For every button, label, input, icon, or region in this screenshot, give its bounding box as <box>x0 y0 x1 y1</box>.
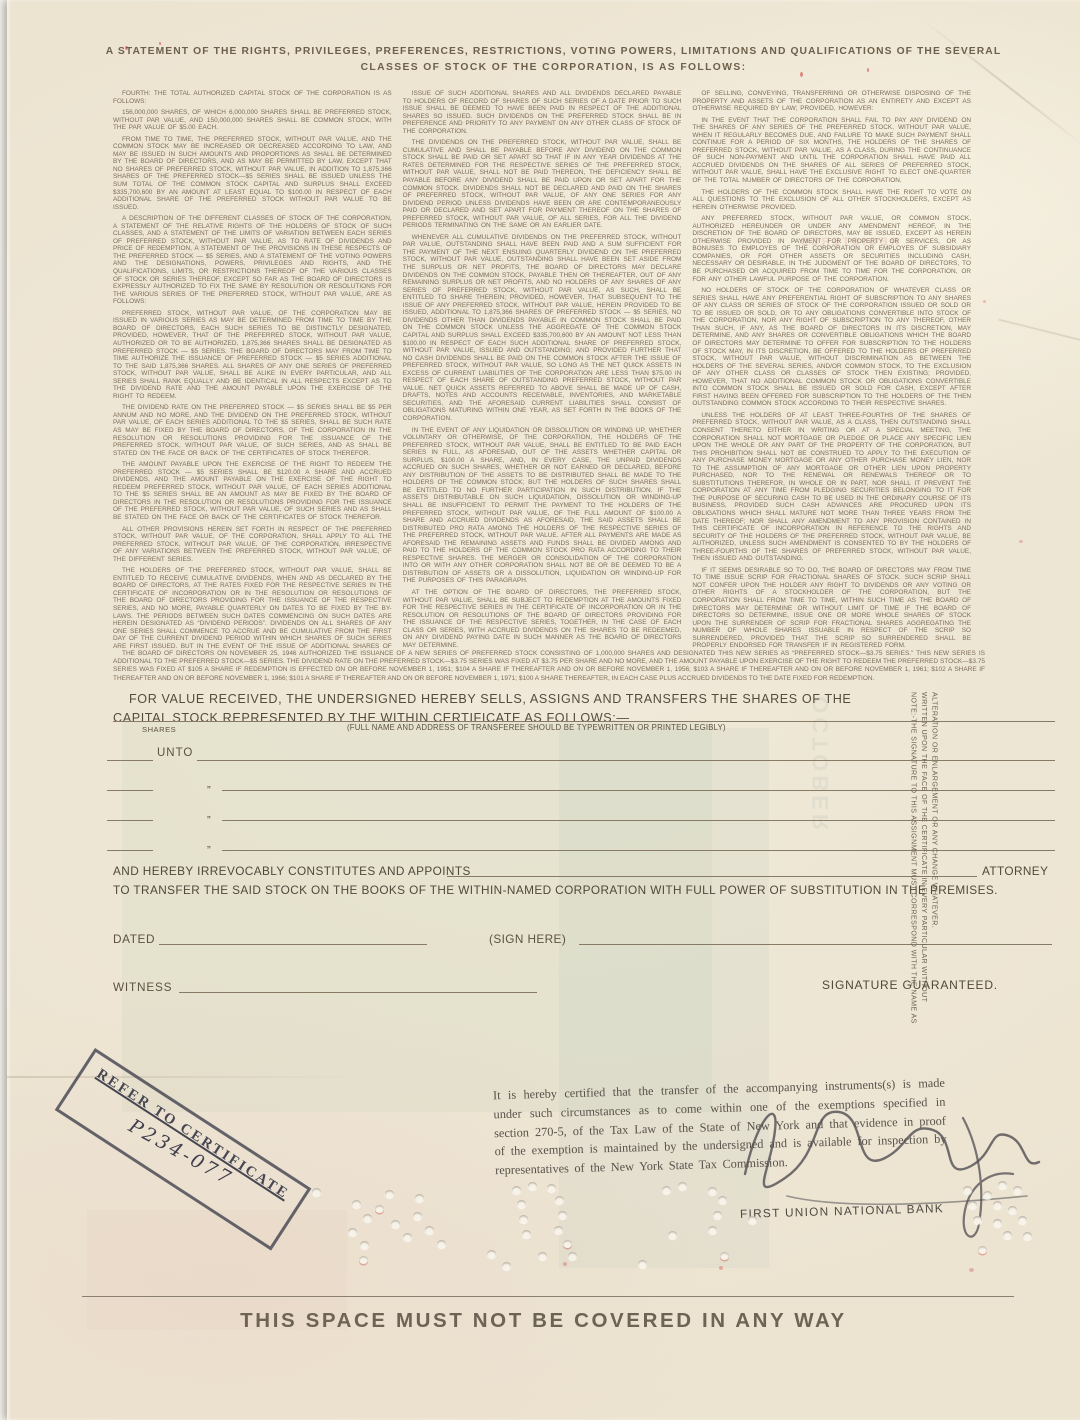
punch-hole <box>662 1186 671 1194</box>
punch-hole <box>425 1226 434 1234</box>
punch-hole <box>708 1226 717 1234</box>
tax-certification-text: It is hereby certified that the transfer… <box>493 1074 947 1181</box>
legal-paragraph: PREFERRED STOCK, WITHOUT PAR VALUE, OF T… <box>113 310 392 401</box>
ditto-mark: „ <box>207 778 211 790</box>
punch-hole <box>638 1260 647 1268</box>
legal-text-columns: FOURTH: THE TOTAL AUTHORIZED CAPITAL STO… <box>113 90 971 648</box>
witness-line <box>179 992 537 993</box>
punch-hole <box>568 1252 577 1260</box>
legal-paragraph: ALL OTHER PROVISIONS HEREIN SET FORTH IN… <box>113 526 392 564</box>
punch-hole <box>1008 1206 1017 1214</box>
legal-paragraph: AT THE OPTION OF THE BOARD OF DIRECTORS,… <box>403 589 682 648</box>
legal-column-3: OF SELLING, CONVEYING, TRANSFERRING OR O… <box>692 90 971 648</box>
ditto-mark: „ <box>207 808 211 820</box>
transferee-note: (FULL NAME AND ADDRESS OF TRANSFEREE SHO… <box>347 723 726 732</box>
punch-hole <box>528 1182 537 1190</box>
punch-hole <box>519 1215 528 1223</box>
refer-to-certificate-stamp: REFER TO CERTIFICATE P234-077 <box>55 1048 312 1251</box>
unto-label: UNTO <box>157 747 193 759</box>
witness-label: WITNESS <box>113 980 172 994</box>
punch-hole <box>1003 1231 1012 1239</box>
transfer-power-text: TO TRANSFER THE SAID STOCK ON THE BOOKS … <box>113 882 1003 899</box>
ink-speck <box>800 72 803 77</box>
signature-correspond-note: NOTE:-THE SIGNATURE TO THIS ASSIGNMENT M… <box>908 692 974 1044</box>
ink-speck <box>563 1262 567 1266</box>
legal-paragraph: THE DIVIDENDS ON THE PREFERRED STOCK, WI… <box>403 139 682 230</box>
punch-hole <box>563 1240 572 1248</box>
punch-hole <box>391 1220 400 1228</box>
punch-hole <box>538 1252 547 1260</box>
stamp-text-inner: REFER TO CERTIFICATE <box>94 1066 292 1202</box>
punch-hole <box>312 1188 321 1196</box>
statement-header-line1: A STATEMENT OF THE RIGHTS, PRIVILEGES, P… <box>67 46 1040 57</box>
punch-hole <box>359 1256 368 1264</box>
legal-paragraph: WHENEVER ALL CUMULATIVE DIVIDENDS ON THE… <box>403 234 682 423</box>
legal-paragraph: FOURTH: THE TOTAL AUTHORIZED CAPITAL STO… <box>113 90 392 105</box>
punch-hole <box>375 1205 384 1213</box>
board-resolution-text: THE BOARD OF DIRECTORS ON NOVEMBER 25, 1… <box>113 650 985 683</box>
punch-hole <box>403 1233 412 1241</box>
punch-hole <box>708 1187 717 1195</box>
punch-hole <box>352 1200 361 1208</box>
bank-signer-name: FIRST UNION NATIONAL BANK <box>740 1201 944 1221</box>
dated-label: DATED <box>113 932 155 946</box>
ink-speck <box>1019 540 1023 543</box>
punch-hole <box>1023 1232 1032 1240</box>
punch-hole <box>748 1216 757 1224</box>
punch-hole <box>720 1252 729 1260</box>
punch-hole <box>998 1181 1007 1189</box>
paper-crease <box>998 319 1080 343</box>
legal-paragraph: THE HOLDERS OF THE PREFERRED STOCK, WITH… <box>113 567 392 648</box>
sign-here-label: (SIGN HERE) <box>489 932 566 946</box>
attorney-name-line <box>447 876 977 877</box>
statement-header-line2: CLASSES OF STOCK OF THE CORPORATION, IS … <box>67 62 1040 73</box>
paper-crease <box>7 1076 367 1078</box>
punch-hole <box>512 1186 521 1194</box>
stamp-text: REFER TO CERTIFICATE <box>82 1059 303 1211</box>
footer-divider <box>82 1296 1014 1297</box>
certificate-back-page: REGISTERED OCTOBER A STATEMENT OF THE RI… <box>7 0 1080 1420</box>
punch-hole <box>968 1201 977 1209</box>
punch-hole <box>502 1262 511 1270</box>
statement-header: A STATEMENT OF THE RIGHTS, PRIVILEGES, P… <box>67 46 1040 73</box>
legal-paragraph: FROM TIME TO TIME, THE PREFERRED STOCK, … <box>113 136 392 211</box>
punch-hole <box>522 1230 531 1238</box>
ink-speck <box>719 1266 723 1270</box>
punch-hole <box>413 1212 422 1220</box>
assignment-heading-line1: FOR VALUE RECEIVED, THE UNDERSIGNED HERE… <box>129 692 929 706</box>
legal-paragraph: NO HOLDERS OF STOCK OF THE CORPORATION O… <box>692 287 971 408</box>
legal-paragraph: 156,000,000 SHARES, OF WHICH 6,000,000 S… <box>113 109 392 132</box>
legal-column-1: FOURTH: THE TOTAL AUTHORIZED CAPITAL STO… <box>113 90 392 648</box>
legal-column-2: ISSUE OF SUCH ADDITIONAL SHARES AND ALL … <box>403 90 682 648</box>
punch-hole <box>360 1241 369 1249</box>
footer-warning-text: THIS SPACE MUST NOT BE COVERED IN ANY WA… <box>7 1309 1080 1333</box>
punch-hole <box>1018 1216 1027 1224</box>
board-resolution-paragraph: THE BOARD OF DIRECTORS ON NOVEMBER 25, 1… <box>113 650 985 683</box>
punch-hole <box>554 1226 563 1234</box>
punch-hole <box>993 1219 1002 1227</box>
shares-count-line <box>107 850 153 851</box>
punch-hole <box>678 1182 687 1190</box>
punch-hole <box>668 1231 677 1239</box>
punch-hole <box>963 1186 972 1194</box>
sign-here-line <box>579 944 1052 945</box>
shares-label: SHARES <box>142 725 176 734</box>
attorney-label: ATTORNEY <box>982 864 1048 878</box>
shares-count-line <box>107 820 153 821</box>
appoints-text: AND HEREBY IRREVOCABLY CONSTITUTES AND A… <box>113 864 471 878</box>
punch-hole <box>993 1201 1002 1209</box>
punch-hole <box>547 1184 556 1192</box>
legal-paragraph: IN THE EVENT THAT THE CORPORATION SHALL … <box>692 117 971 185</box>
legal-paragraph: THE AMOUNT PAYABLE UPON THE EXERCISE OF … <box>113 461 392 521</box>
legal-paragraph: A DESCRIPTION OF THE DIFFERENT CLASSES O… <box>113 215 392 306</box>
punch-hole <box>558 1211 567 1219</box>
punch-hole <box>555 1196 564 1204</box>
stamp-handwritten-number: P234-077 <box>65 1082 296 1223</box>
legal-paragraph: IF IT SEEMS DESIRABLE SO TO DO, THE BOAR… <box>692 567 971 648</box>
punch-hole <box>363 1214 372 1222</box>
punch-hole <box>978 1246 987 1254</box>
legal-paragraph: THE HOLDERS OF THE COMMON STOCK SHALL HA… <box>692 189 971 212</box>
legal-paragraph: ISSUE OF SUCH ADDITIONAL SHARES AND ALL … <box>403 90 682 135</box>
ditto-mark: „ <box>207 838 211 850</box>
punch-hole <box>348 1228 357 1236</box>
punch-hole <box>1013 1186 1022 1194</box>
shares-count-line <box>107 760 153 761</box>
legal-paragraph: ANY PREFERRED STOCK, WITHOUT PAR VALUE, … <box>692 215 971 283</box>
punch-hole <box>517 1200 526 1208</box>
punch-hole <box>983 1191 992 1199</box>
shares-count-line <box>107 790 153 791</box>
punch-hole <box>415 1194 424 1202</box>
ink-speck <box>983 300 986 303</box>
ink-speck <box>125 46 128 50</box>
punch-hole <box>973 1216 982 1224</box>
punch-hole <box>385 1190 394 1198</box>
ink-speck <box>159 42 161 45</box>
punch-hole <box>713 1211 722 1219</box>
dated-line <box>159 944 427 945</box>
ink-speck <box>867 68 869 72</box>
punch-hole <box>487 1250 496 1258</box>
punch-hole <box>437 1240 446 1248</box>
punch-hole <box>718 1196 727 1204</box>
legal-paragraph: UNLESS THE HOLDERS OF AT LEAST THREE-FOU… <box>692 412 971 563</box>
legal-paragraph: OF SELLING, CONVEYING, TRANSFERRING OR O… <box>692 90 971 113</box>
legal-paragraph: IN THE EVENT OF ANY LIQUIDATION OR DISSO… <box>403 427 682 585</box>
ink-speck <box>969 1268 974 1272</box>
legal-paragraph: THE DIVIDEND RATE ON THE PREFERRED STOCK… <box>113 404 392 457</box>
